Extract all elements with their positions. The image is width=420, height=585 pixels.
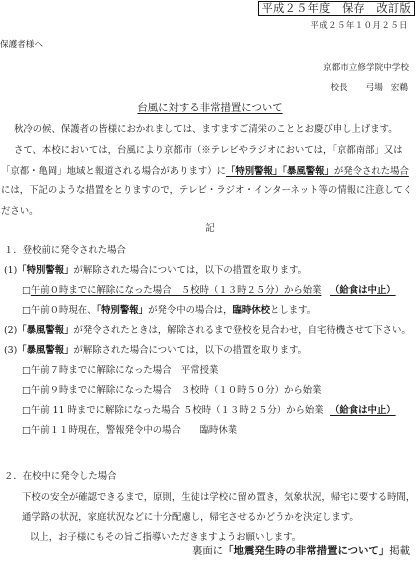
lunch-cancelled-note-1: （給食は中止） xyxy=(330,286,396,295)
lunch-cancelled-note-2: （給食は中止） xyxy=(330,406,396,415)
sub-3-text: が解除された場合については，以下の措置を取ります。 xyxy=(74,345,307,356)
sub-3-item-2-text: 午前９時までに解除になった場合 ３校時（１０時５０分）から始業 xyxy=(31,385,322,396)
document-title-text: 台風に対する非常措置について xyxy=(137,102,282,114)
intro-line-3: 「京都・亀岡」地域と報道される場合があります）に「特別警報」「暴風警報」が発令さ… xyxy=(1,167,409,176)
sub-1-item-2-text-before: 午前０時現在、 xyxy=(31,305,97,316)
document-title: 台風に対する非常措置について xyxy=(0,103,420,113)
sub-2-prefix: (2) xyxy=(4,325,17,336)
reverse-side-note: 裏面に「地震発生時の非常措置について」掲載 xyxy=(192,546,410,556)
sub-1-item-2-text-mid: が発令中の場合は， xyxy=(148,305,232,316)
special-warning-label: 「特別警報」 xyxy=(97,305,149,316)
section-2-heading: ２．在校中に発令した場合 xyxy=(4,472,117,481)
intro-line-3-plain: 「京都・亀岡」地域と報道される場合があります）に xyxy=(1,166,226,177)
principal-signature: 校長弓場宏鵜 xyxy=(330,84,408,93)
sub-3-item-3-text: 午前 11 時までに解除になった場合 ５校時（１３時２５分）から始業 xyxy=(31,405,324,416)
sub-3-item-2: □午前９時までに解除になった場合 ３校時（１０時５０分）から始業 xyxy=(22,386,322,395)
sub-3-item-4: □午前１１時現在，警報発令中の場合 臨時休業 xyxy=(22,426,237,435)
lunch-cancelled-text: （給食は中止） xyxy=(330,285,396,296)
school-name: 京都市立修学院中学校 xyxy=(323,64,409,73)
special-warning-label: 「特別警報」 xyxy=(17,265,73,276)
sub-1-prefix: (1) xyxy=(4,265,17,276)
sub-2-text: が発令されたときは，解除されるまで登校を見合わせ，自宅待機させて下さい。 xyxy=(74,325,411,336)
section-1-sub-2: (2)「暴風警報」が発令されたときは，解除されるまで登校を見合わせ，自宅待機させ… xyxy=(4,326,411,335)
sub-1-item-2-text-after: とします。 xyxy=(270,305,316,316)
section-2-line-1: 下校の安全が確認できるまで，原則，生徒は学校に留め置き，気象状況，帰宅に要する時… xyxy=(22,493,415,502)
sub-1-text: が解除された場合については，以下の措置を取ります。 xyxy=(74,265,307,276)
section-1-sub-1: (1)「特別警報」が解除された場合については，以下の措置を取ります。 xyxy=(4,266,307,275)
addressee: 保護者様へ xyxy=(0,41,43,50)
warning-issued-text: が発令された場合 xyxy=(334,166,409,177)
section-2-line-2: 通学路の状況，家庭状況などに十分配慮し，帰宅させるかどうかを決定します。 xyxy=(22,513,359,522)
reverse-side-suffix: 掲載 xyxy=(389,545,410,557)
checkbox-icon[interactable]: □ xyxy=(22,385,31,396)
storm-warning-label: 「暴風警報」 xyxy=(17,325,73,336)
sub-1-item-2: □午前０時現在、「特別警報」が発令中の場合は，臨時休校とします。 xyxy=(22,306,316,315)
sub-3-prefix: (3) xyxy=(4,345,17,356)
checkbox-icon[interactable]: □ xyxy=(22,305,31,316)
lunch-cancelled-text: （給食は中止） xyxy=(330,405,396,416)
sub-1-item-1: □午前０時までに解除になった場合 ５校時（１３時２５分）から始業 xyxy=(22,286,322,295)
principal-given-name: 宏鵜 xyxy=(391,83,408,93)
intro-line-4: には，下記のような措置をとりますので，テレビ・ラジオ・インターネット等の情報に注… xyxy=(1,186,412,195)
intro-line-5: ださい。 xyxy=(1,207,39,216)
earthquake-measures-title: 「地震発生時の非常措置について」 xyxy=(223,545,389,557)
document-stamp: 平成２５年度 保存 改訂版 xyxy=(258,1,415,16)
section-1-heading: １．登校前に発令された場合 xyxy=(4,246,126,255)
document-date: 平成２５年１０月２５日 xyxy=(310,21,408,29)
sub-3-item-1: □午前７時までに解除になった場合 平常授業 xyxy=(22,366,218,375)
checkbox-icon[interactable]: □ xyxy=(22,425,31,436)
checkbox-icon[interactable]: □ xyxy=(22,365,31,376)
principal-family-name: 弓場 xyxy=(366,83,383,93)
school-closure-label: 臨時休校 xyxy=(232,305,270,316)
ki-heading: 記 xyxy=(0,224,420,233)
section-1-sub-3: (3)「暴風警報」が解除された場合については，以下の措置を取ります。 xyxy=(4,346,307,355)
warning-types: 「特別警報」「暴風警報」 xyxy=(226,166,334,177)
reverse-side-prefix: 裏面に xyxy=(192,545,223,557)
closing-line: 以上，お子様にもその旨ご指導いただきますようお願いします。 xyxy=(30,533,301,542)
sub-1-item-1-text: 午前０時までに解除になった場合 ５校時（１３時２５分）から始業 xyxy=(31,285,322,296)
principal-title: 校長 xyxy=(330,83,347,93)
checkbox-icon[interactable]: □ xyxy=(22,285,31,296)
sub-3-item-1-text: 午前７時までに解除になった場合 平常授業 xyxy=(31,365,219,376)
checkbox-icon[interactable]: □ xyxy=(22,405,31,416)
intro-line-1: 秋冷の候、保護者の皆様におかれましては、ますますご清栄のこととお慶び申し上げます… xyxy=(14,125,398,134)
sub-3-item-4-text: 午前１１時現在，警報発令中の場合 臨時休業 xyxy=(31,425,237,436)
intro-line-2: さて、本校においては，台風により京都市（※テレビやラジオにおいては，「京都南部」… xyxy=(14,146,403,155)
storm-warning-label: 「暴風警報」 xyxy=(17,345,73,356)
intro-line-3-emphasis: 「特別警報」「暴風警報」が発令された場合 xyxy=(226,166,409,177)
sub-3-item-3: □午前 11 時までに解除になった場合 ５校時（１３時２５分）から始業 xyxy=(22,406,324,415)
